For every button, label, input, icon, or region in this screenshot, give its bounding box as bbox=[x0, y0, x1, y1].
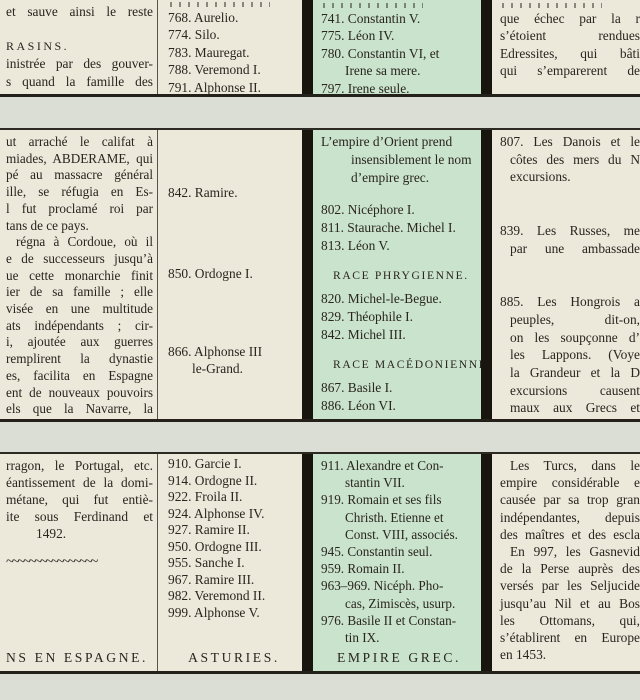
asturias-entries: 768. Aurelio.774. Silo.783. Mauregat.788… bbox=[168, 9, 300, 94]
text-line: causée par sa trop gran bbox=[500, 491, 640, 508]
text-line: ue cette monarchie finit bbox=[6, 267, 153, 284]
text-line: remplirent la dynastie bbox=[6, 350, 153, 367]
text-line: peuples, dit-on, bbox=[500, 311, 640, 329]
clipped-text-fragment bbox=[502, 3, 602, 8]
text-line: tans de ce pays. bbox=[6, 217, 153, 234]
text-line: 783. Mauregat. bbox=[168, 44, 300, 61]
text-line: empire considérable e bbox=[500, 474, 640, 491]
greek-empire-entries: 741. Constantin V.775. Léon IV.780. Cons… bbox=[321, 10, 477, 94]
text-line: régna à Cordoue, où il bbox=[6, 233, 153, 250]
text-line: miades, ABDERAME, qui bbox=[6, 150, 153, 167]
column-greek-empire: L’empire d’Orient prendinsensiblement le… bbox=[313, 130, 481, 419]
footer-empire-grec: EMPIRE GREC. bbox=[321, 650, 477, 669]
text-line: excursions causent bbox=[500, 382, 640, 400]
column-narrative-right: 807. Les Danois et lecôtes des mers du N… bbox=[492, 130, 640, 419]
text-line: 955. Sanche I. bbox=[168, 555, 300, 572]
text-line: 775. Léon IV. bbox=[321, 27, 477, 44]
text-line: 976. Basile II et Constan- bbox=[321, 612, 477, 629]
text-line: rragon, le Portugal, etc. bbox=[6, 457, 153, 474]
narrative-right-text: que échec par la rs’étoient renduesEdres… bbox=[500, 10, 640, 80]
text-line: 788. Veremond I. bbox=[168, 61, 300, 78]
column-divider-bar bbox=[302, 130, 313, 419]
text-line: 924. Alphonse IV. bbox=[168, 506, 300, 523]
text-line: 999. Alphonse V. bbox=[168, 605, 300, 622]
text-line: on les soupçonne d’ bbox=[500, 329, 640, 347]
text-line: 842. Michel III. bbox=[321, 326, 477, 344]
text-line: tin IX. bbox=[321, 629, 477, 646]
text-line: excursions. bbox=[500, 168, 640, 186]
text-line bbox=[6, 20, 153, 37]
text-line: cas, Zimiscès, usurp. bbox=[321, 595, 477, 612]
text-line: 911. Alexandre et Con- bbox=[321, 457, 477, 474]
text-line: RASINS. bbox=[6, 38, 153, 55]
timeline-band-3: rragon, le Portugal, etc.éantissement de… bbox=[0, 452, 640, 674]
column-narrative-right: Les Turcs, dans leempire considérable ec… bbox=[492, 454, 640, 671]
text-line: 910. Garcie I. bbox=[168, 456, 300, 473]
column-divider-bar bbox=[481, 454, 492, 671]
narrative-left-text: rragon, le Portugal, etc.éantissement de… bbox=[6, 457, 153, 571]
column-narrative-right: que échec par la rs’étoient renduesEdres… bbox=[492, 0, 640, 94]
text-line: stantin VII. bbox=[321, 474, 477, 491]
text-line: 945. Constantin seul. bbox=[321, 543, 477, 560]
column-divider-bar bbox=[481, 0, 492, 94]
text-line: qui s’emparerent de bbox=[500, 62, 640, 79]
text-line: es, facilita en Espagne bbox=[6, 367, 153, 384]
text-line: Christh. Etienne et bbox=[321, 509, 477, 526]
text-line: Edressites, qui bâti bbox=[500, 45, 640, 62]
footer-asturies: ASTURIES. bbox=[168, 650, 300, 669]
text-line: 919. Romain et ses fils bbox=[321, 491, 477, 508]
text-line: métane, qui fut entiè- bbox=[6, 491, 153, 508]
text-line: s quand la famille des bbox=[6, 73, 153, 90]
text-line: le-Grand. bbox=[168, 360, 300, 377]
text-line: RACE MACÉDONIENNE. bbox=[321, 356, 477, 374]
text-line: 797. Irene seule. bbox=[321, 80, 477, 94]
text-line: jusqu’au Nil et au Bos bbox=[500, 595, 640, 612]
text-line: 927. Ramire II. bbox=[168, 522, 300, 539]
text-line: l fut proclamé roi par bbox=[6, 200, 153, 217]
text-line: 811. Staurache. Michel I. bbox=[321, 219, 477, 237]
text-line: L’empire d’Orient prend bbox=[321, 133, 477, 151]
text-line: les Ottomans, qui, bbox=[500, 612, 640, 629]
text-line: en 1453. bbox=[500, 646, 640, 663]
timeline-band-1: et sauve ainsi le reste RASINS.inistrée … bbox=[0, 0, 640, 97]
text-line: 982. Veremond II. bbox=[168, 588, 300, 605]
text-line: ats indépendants ; cir- bbox=[6, 317, 153, 334]
text-line: côtes des mers du N bbox=[500, 151, 640, 169]
clipped-text-fragment bbox=[170, 2, 270, 7]
text-line: els que la Navarre, la bbox=[6, 400, 153, 417]
text-line: maux aux Grecs et bbox=[500, 399, 640, 417]
timeline-band-2: ut arraché le califat àmiades, ABDERAME,… bbox=[0, 128, 640, 422]
text-line: pé au massacre général bbox=[6, 166, 153, 183]
text-line: 807. Les Danois et le bbox=[500, 133, 640, 151]
text-line: 1492. bbox=[6, 525, 153, 542]
text-line: 813. Léon V. bbox=[321, 237, 477, 255]
text-line: versés par les Seljucide bbox=[500, 577, 640, 594]
text-line: ut arraché le califat à bbox=[6, 133, 153, 150]
column-divider-bar bbox=[302, 0, 313, 94]
text-line: ier de sa famille ; elle bbox=[6, 283, 153, 300]
text-line: 950. Ordogne III. bbox=[168, 539, 300, 556]
text-line: s’étoient rendues bbox=[500, 27, 640, 44]
text-line: s’établirent en Europe bbox=[500, 629, 640, 646]
text-line: visée en une multitude bbox=[6, 300, 153, 317]
column-narrative-left: et sauve ainsi le reste RASINS.inistrée … bbox=[0, 0, 158, 94]
column-greek-empire: 911. Alexandre et Con-stantin VII.919. R… bbox=[313, 454, 481, 671]
text-line: ite sous Ferdinand et bbox=[6, 508, 153, 525]
footer-sarrasins-en-espagne: NS EN ESPAGNE. bbox=[6, 650, 153, 669]
text-line: indépendantes, depuis bbox=[500, 509, 640, 526]
text-line: i, ajoutée aux guerres bbox=[6, 333, 153, 350]
text-line: 780. Constantin VI, et bbox=[321, 45, 477, 62]
text-line: de la Perse auprès des bbox=[500, 560, 640, 577]
text-line: RACE PHRYGIENNE. bbox=[321, 267, 477, 285]
text-line: que échec par la r bbox=[500, 10, 640, 27]
text-line: 842. Ramire. bbox=[168, 184, 300, 201]
text-line: Les Turcs, dans le bbox=[500, 457, 640, 474]
text-line: 820. Michel-le-Begue. bbox=[321, 290, 477, 308]
text-line: 774. Silo. bbox=[168, 26, 300, 43]
text-line: Const. VIII, associés. bbox=[321, 526, 477, 543]
text-line: 866. Alphonse III bbox=[168, 343, 300, 360]
asturias-entries: 910. Garcie I.914. Ordogne II.922. Froil… bbox=[168, 456, 300, 621]
column-kings-of-asturias: 768. Aurelio.774. Silo.783. Mauregat.788… bbox=[158, 0, 302, 94]
text-line: 741. Constantin V. bbox=[321, 10, 477, 27]
column-narrative-left: ut arraché le califat àmiades, ABDERAME,… bbox=[0, 130, 158, 419]
text-line: 967. Ramire III. bbox=[168, 572, 300, 589]
text-line: insensiblement le nom bbox=[321, 151, 477, 169]
text-line: 922. Froila II. bbox=[168, 489, 300, 506]
text-line: Irene sa mere. bbox=[321, 62, 477, 79]
text-line: 959. Romain II. bbox=[321, 560, 477, 577]
text-line: 768. Aurelio. bbox=[168, 9, 300, 26]
text-line: ~~~~~~~~~~~~~~~~ bbox=[6, 554, 153, 571]
text-line: 886. Léon VI. bbox=[321, 397, 477, 415]
text-line: inistrée par des gouver- bbox=[6, 55, 153, 72]
text-line: des maîtres et des escla bbox=[500, 526, 640, 543]
text-line: les Lappons. (Voye bbox=[500, 346, 640, 364]
text-line: e de successeurs jusqu’à bbox=[6, 250, 153, 267]
clipped-text-fragment bbox=[323, 3, 423, 8]
text-line: En 997, les Gasnevid bbox=[500, 543, 640, 560]
greek-empire-entries: 911. Alexandre et Con-stantin VII.919. R… bbox=[321, 457, 477, 646]
column-narrative-left: rragon, le Portugal, etc.éantissement de… bbox=[0, 454, 158, 671]
text-line: 850. Ordogne I. bbox=[168, 265, 300, 282]
column-divider-bar bbox=[481, 130, 492, 419]
text-line: éantissement de la domi- bbox=[6, 474, 153, 491]
text-line: et sauve ainsi le reste bbox=[6, 3, 153, 20]
text-line: 914. Ordogne II. bbox=[168, 473, 300, 490]
text-line: 963–969. Nicéph. Pho- bbox=[321, 577, 477, 594]
text-line: 867. Basile I. bbox=[321, 379, 477, 397]
text-line: par une ambassade bbox=[500, 240, 640, 258]
column-divider-bar bbox=[302, 454, 313, 671]
text-line: 802. Nicéphore I. bbox=[321, 201, 477, 219]
text-line: 829. Théophile I. bbox=[321, 308, 477, 326]
text-line: 791. Alphonse II. bbox=[168, 79, 300, 94]
column-kings-of-asturias: 842. Ramire.850. Ordogne I.866. Alphonse… bbox=[158, 130, 302, 419]
column-greek-empire: 741. Constantin V.775. Léon IV.780. Cons… bbox=[313, 0, 481, 94]
text-line: 885. Les Hongrois a bbox=[500, 293, 640, 311]
text-line: d’empire grec. bbox=[321, 169, 477, 187]
text-line: 839. Les Russes, me bbox=[500, 222, 640, 240]
column-kings-of-asturias: 910. Garcie I.914. Ordogne II.922. Froil… bbox=[158, 454, 302, 671]
text-line: la Grandeur et la D bbox=[500, 364, 640, 382]
text-line: ille, se réfugia en Es- bbox=[6, 183, 153, 200]
text-line: ent de nouveaux pouvoirs bbox=[6, 384, 153, 401]
